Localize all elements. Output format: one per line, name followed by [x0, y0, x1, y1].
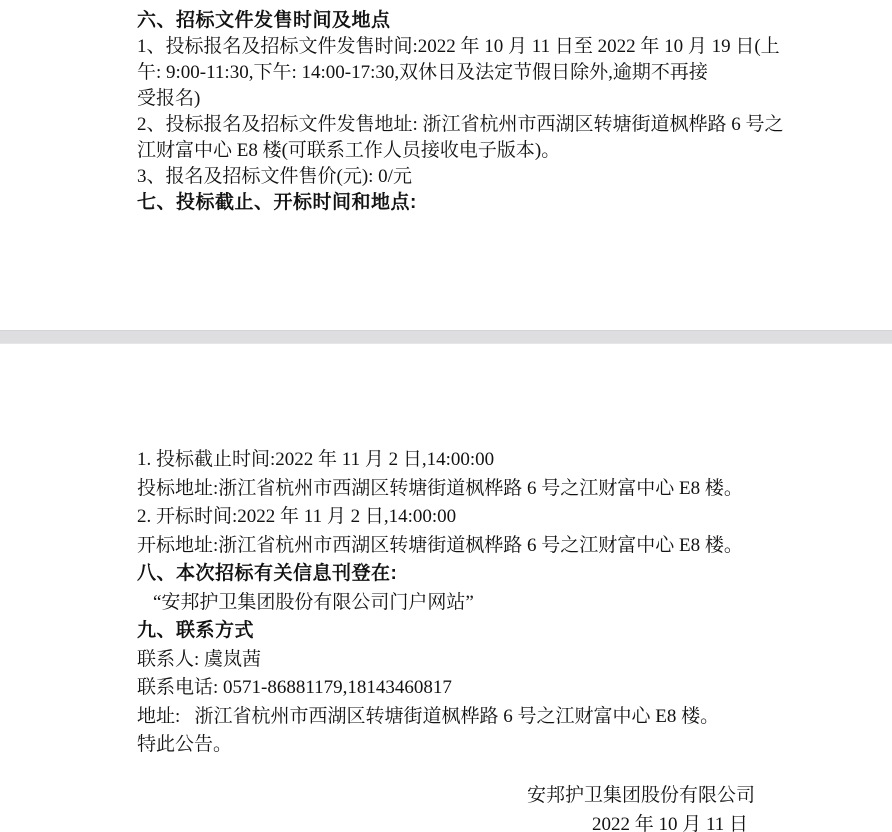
- doc-line: 江财富中心 E8 楼(可联系工作人员接收电子版本)。: [137, 138, 892, 164]
- section-tender-sale: 六、招标文件发售时间及地点 1、投标报名及招标文件发售时间:2022 年 10 …: [0, 8, 892, 216]
- section-heading-9: 九、联系方式: [137, 617, 892, 646]
- signature-block: 安邦护卫集团股份有限公司 2022 年 10 月 11 日: [0, 782, 892, 832]
- doc-line: 1、投标报名及招标文件发售时间:2022 年 10 月 11 日至 2022 年…: [137, 34, 892, 60]
- section-bid-opening: 1. 投标截止时间:2022 年 11 月 2 日,14:00:00 投标地址:…: [0, 446, 892, 760]
- doc-line: 开标地址:浙江省杭州市西湖区转塘街道枫桦路 6 号之江财富中心 E8 楼。: [137, 532, 892, 561]
- doc-line: 午: 9:00-11:30,下午: 14:00-17:30,双休日及法定节假日除…: [137, 60, 892, 86]
- section-heading-8: 八、本次招标有关信息刊登在:: [137, 560, 892, 589]
- signature-company: 安邦护卫集团股份有限公司: [0, 782, 892, 811]
- signature-date: 2022 年 10 月 11 日: [0, 811, 892, 832]
- doc-line: 投标地址:浙江省杭州市西湖区转塘街道枫桦路 6 号之江财富中心 E8 楼。: [137, 475, 892, 504]
- section-heading-6: 六、招标文件发售时间及地点: [137, 8, 892, 34]
- contact-phone-line: 联系电话: 0571-86881179,18143460817: [137, 674, 892, 703]
- page-break-strip: [0, 330, 892, 344]
- contact-address-line: 地址: 浙江省杭州市西湖区转塘街道枫桦路 6 号之江财富中心 E8 楼。: [137, 703, 892, 732]
- doc-line: 受报名): [137, 86, 892, 112]
- doc-line: 3、报名及招标文件售价(元): 0/元: [137, 164, 892, 190]
- doc-line: 1. 投标截止时间:2022 年 11 月 2 日,14:00:00: [137, 446, 892, 475]
- website-quote-line: “安邦护卫集团股份有限公司门户网站”: [137, 589, 892, 618]
- document-page: 六、招标文件发售时间及地点 1、投标报名及招标文件发售时间:2022 年 10 …: [0, 0, 892, 832]
- doc-line: 2. 开标时间:2022 年 11 月 2 日,14:00:00: [137, 503, 892, 532]
- section-heading-7: 七、投标截止、开标时间和地点:: [137, 190, 892, 216]
- closing-line: 特此公告。: [137, 731, 892, 760]
- doc-line: 2、投标报名及招标文件发售地址: 浙江省杭州市西湖区转塘街道枫桦路 6 号之: [137, 112, 892, 138]
- contact-person-line: 联系人: 虞岚茜: [137, 646, 892, 675]
